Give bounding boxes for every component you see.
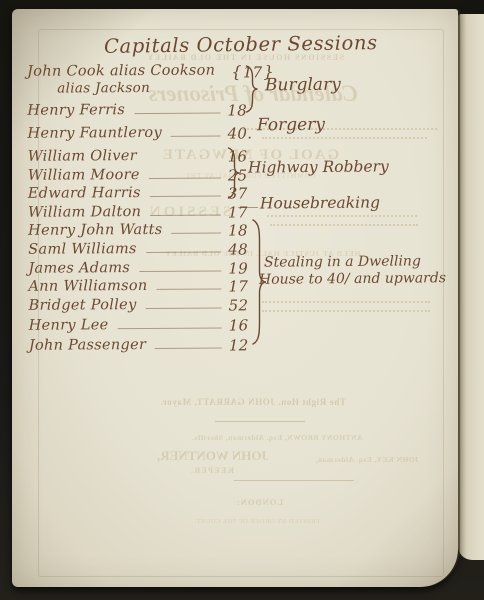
prisoner-row: William Dalton 17 [28,203,264,223]
prisoner-row: Ann Williamson 17 [28,277,264,297]
ruled-dash [171,125,221,137]
bleedthrough-rule [215,421,305,422]
prisoner-name: alias Jackson [57,80,150,97]
bleedthrough-dotted-leader [267,215,417,217]
bleedthrough-mayor-line: The Right Hon. JOHN GARRATT, Mayor. [97,397,409,407]
prisoner-row: James Adams 19 [28,259,264,279]
prisoner-row: Henry Fauntleroy 40. [27,124,263,148]
bleedthrough-sheriff-line: JOHN KEY, Esq. Alderman, [267,455,467,464]
prisoner-name: Henry Lee [29,317,109,333]
ruled-dash [156,278,221,290]
bleedthrough-imprint: LONDON: [217,497,302,507]
prisoner-row: Bridget Polley 52 [29,296,265,317]
prisoner-name: William Moore [28,167,140,184]
offence-burglary: Burglary [265,75,341,96]
prisoner-name: Saml Williams [28,241,137,258]
offence-housebreaking: Housebreaking [260,193,380,212]
offence-highway-robbery: Highway Robbery [248,157,389,176]
prisoner-name: Henry Fauntleroy [27,125,162,142]
bleedthrough-imprint: PRINTED BY ORDER OF THE COURT. [137,518,377,525]
offence-stealing-line1: Stealing in a Dwelling [264,253,421,270]
ruled-dash [150,185,221,197]
bleedthrough-rule [234,480,354,481]
prisoner-row: alias Jackson [27,79,263,102]
prisoner-name: James Adams [28,260,130,277]
ruled-dash [134,102,220,115]
prisoner-name: William Dalton [28,204,141,221]
ruled-dash [117,316,221,329]
prisoner-name: Edward Harris [28,185,141,202]
bleedthrough-sheriff-line: ANTHONY BROWN, Esq. Alderman, Sheriffs. [87,433,467,442]
page-title: Capitals October Sessions [104,31,378,58]
ruled-dash [159,80,220,91]
prisoner-name: William Oliver [28,148,137,165]
ruled-dash [149,166,221,178]
prisoner-row: John Passenger 12 [29,336,265,357]
prisoner-list: John Cook alias Cookson 17 alias Jackson… [27,62,265,357]
bleedthrough-dotted-leader [270,224,418,226]
prisoner-row: Saml Williams 48 [28,240,264,260]
offence-stealing-line2: House to 40/ and upwards [259,270,446,288]
prisoner-row: Henry Lee 16 [29,316,265,337]
prisoner-row: Henry John Watts 18 [28,222,264,242]
prisoner-name: Henry John Watts [28,222,162,239]
bleedthrough-keeper-title: KEEPER. [152,465,272,475]
ruled-dash [146,241,222,253]
bleedthrough-dotted-leader [262,310,430,312]
housebreaking-dash [238,207,258,208]
ruled-dash [145,296,221,308]
ruled-dash [171,222,221,234]
manuscript-page: SESSIONS HOUSE IN THE OLD BAILEY Calenda… [12,9,458,587]
ruled-dash [139,259,221,272]
ruled-dash [150,203,221,215]
bleedthrough-dotted-leader [262,137,427,139]
next-page-edge [458,14,484,560]
ruled-dash [146,148,221,159]
ruled-dash [155,336,222,348]
prisoner-name: Bridget Polley [29,297,137,314]
bleedthrough-dotted-leader [262,301,430,303]
prisoner-name: John Passenger [29,337,146,354]
prisoner-row: John Cook alias Cookson 17 [27,62,263,80]
prisoner-name: John Cook alias Cookson [27,63,215,80]
prisoner-name: Henry Ferris [27,102,125,119]
prisoner-name: Ann Williamson [28,278,147,295]
burglary-brace [244,65,260,113]
prisoner-row: Henry Ferris 18 [27,101,263,125]
highway-robbery-brace [226,147,242,199]
scanned-book-photo: SESSIONS HOUSE IN THE OLD BAILEY Calenda… [0,0,484,600]
bleedthrough-keeper-name: JOHN WONTNER, [130,448,295,464]
offence-forgery: Forgery [257,115,325,136]
